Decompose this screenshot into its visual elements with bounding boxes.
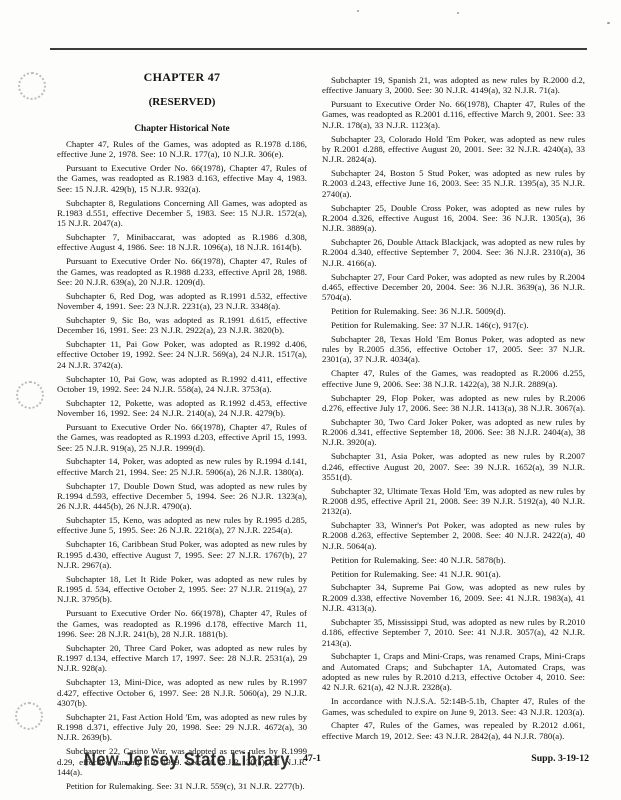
historical-note-paragraph: Subchapter 8, Regulations Concerning All… [57, 198, 307, 229]
left-column-paragraphs: Chapter 47, Rules of the Games, was adop… [57, 139, 307, 791]
right-column: Subchapter 19, Spanish 21, was adopted a… [322, 58, 585, 795]
historical-note-paragraph: Subchapter 30, Two Card Joker Poker, was… [322, 417, 585, 448]
historical-note-paragraph: Petition for Rulemaking. See: 40 N.J.R. … [322, 555, 585, 565]
historical-note-paragraph: Subchapter 15, Keno, was adopted as new … [57, 515, 307, 536]
historical-note-paragraph: Subchapter 33, Winner's Pot Poker, was a… [322, 520, 585, 551]
historical-note-heading: Chapter Historical Note [57, 124, 307, 134]
historical-note-paragraph: Subchapter 7, Minibaccarat, was adopted … [57, 232, 307, 253]
historical-note-paragraph: Petition for Rulemaking. See: 41 N.J.R. … [322, 569, 585, 579]
historical-note-paragraph: Petition for Rulemaking. See: 36 N.J.R. … [322, 306, 585, 316]
right-column-paragraphs: Subchapter 19, Spanish 21, was adopted a… [322, 75, 585, 741]
historical-note-paragraph: Subchapter 35, Mississippi Stud, was ado… [322, 617, 585, 648]
scan-speck [457, 12, 459, 14]
historical-note-paragraph: Subchapter 9, Sic Bo, was adopted as R.1… [57, 315, 307, 336]
punch-hole [16, 381, 44, 409]
historical-note-paragraph: Subchapter 21, Fast Action Hold 'Em, was… [57, 712, 307, 743]
historical-note-paragraph: Subchapter 18, Let It Ride Poker, was ad… [57, 574, 307, 605]
historical-note-paragraph: Pursuant to Executive Order No. 66(1978)… [57, 608, 307, 639]
historical-note-paragraph: Subchapter 11, Pai Gow Poker, was adopte… [57, 339, 307, 370]
historical-note-paragraph: Subchapter 1, Craps and Mini-Craps, was … [322, 651, 585, 692]
library-stamp: New Jersey State Library [84, 750, 290, 771]
historical-note-paragraph: Subchapter 27, Four Card Poker, was adop… [322, 272, 585, 303]
historical-note-paragraph: Subchapter 10, Pai Gow, was adopted as R… [57, 374, 307, 395]
historical-note-paragraph: Pursuant to Executive Order No. 66(1978)… [322, 99, 585, 130]
historical-note-paragraph: Subchapter 23, Colorado Hold 'Em Poker, … [322, 134, 585, 165]
punch-hole [18, 72, 46, 100]
two-column-layout: CHAPTER 47 (RESERVED) Chapter Historical… [57, 58, 585, 795]
chapter-reserved-label: (RESERVED) [57, 97, 307, 107]
historical-note-paragraph: Chapter 47, Rules of the Games, was repe… [322, 720, 585, 741]
historical-note-paragraph: Subchapter 26, Double Attack Blackjack, … [322, 237, 585, 268]
historical-note-paragraph: Subchapter 6, Red Dog, was adopted as R.… [57, 291, 307, 312]
historical-note-paragraph: Subchapter 17, Double Down Stud, was ado… [57, 481, 307, 512]
historical-note-paragraph: Subchapter 24, Boston 5 Stud Poker, was … [322, 168, 585, 199]
historical-note-paragraph: Subchapter 31, Asia Poker, was adopted a… [322, 451, 585, 482]
historical-note-paragraph: Subchapter 32, Ultimate Texas Hold 'Em, … [322, 486, 585, 517]
historical-note-paragraph: Subchapter 20, Three Card Poker, was ado… [57, 643, 307, 674]
historical-note-paragraph: Pursuant to Executive Order No. 66(1978)… [57, 422, 307, 453]
punch-hole [15, 702, 43, 730]
scan-speck [607, 22, 610, 24]
historical-note-paragraph: Chapter 47, Rules of the Games, was adop… [57, 139, 307, 160]
page-number: 47-1 [303, 753, 321, 764]
historical-note-paragraph: Subchapter 25, Double Cross Poker, was a… [322, 203, 585, 234]
historical-note-paragraph: Subchapter 28, Texas Hold 'Em Bonus Poke… [322, 334, 585, 365]
historical-note-paragraph: Pursuant to Executive Order No. 66(1978)… [57, 163, 307, 194]
historical-note-paragraph: Subchapter 29, Flop Poker, was adopted a… [322, 393, 585, 414]
supplement-date: Supp. 3-19-12 [531, 753, 589, 764]
historical-note-paragraph: Subchapter 12, Pokette, was adopted as R… [57, 398, 307, 419]
chapter-title: CHAPTER 47 [57, 72, 307, 82]
scanned-document-page: CHAPTER 47 (RESERVED) Chapter Historical… [0, 0, 621, 800]
left-column: CHAPTER 47 (RESERVED) Chapter Historical… [57, 58, 307, 795]
historical-note-paragraph: Subchapter 34, Supreme Pai Gow, was adop… [322, 582, 585, 613]
historical-note-paragraph: Petition for Rulemaking. See: 31 N.J.R. … [57, 781, 307, 791]
top-scan-rule [50, 48, 587, 50]
historical-note-paragraph: Subchapter 16, Caribbean Stud Poker, was… [57, 539, 307, 570]
historical-note-paragraph: Chapter 47, Rules of the Games, was read… [322, 368, 585, 389]
historical-note-paragraph: Pursuant to Executive Order No. 66(1978)… [57, 256, 307, 287]
historical-note-paragraph: Subchapter 19, Spanish 21, was adopted a… [322, 75, 585, 96]
scan-speck [357, 10, 359, 12]
historical-note-paragraph: Petition for Rulemaking. See: 37 N.J.R. … [322, 320, 585, 330]
historical-note-paragraph: Subchapter 14, Poker, was adopted as new… [57, 456, 307, 477]
historical-note-paragraph: Subchapter 13, Mini-Dice, was adopted as… [57, 677, 307, 708]
historical-note-paragraph: In accordance with N.J.S.A. 52:14B-5.1b,… [322, 696, 585, 717]
